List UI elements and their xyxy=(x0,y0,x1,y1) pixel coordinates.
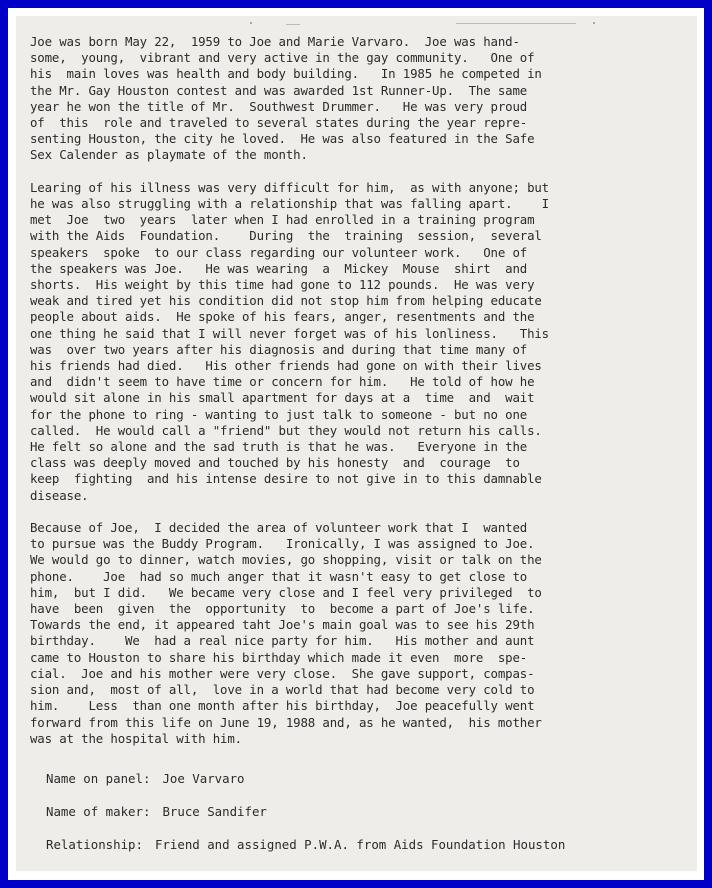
text-line: he was also struggling with a relationsh… xyxy=(30,196,686,212)
text-line: disease. xyxy=(30,488,686,504)
text-line: met Joe two years later when I had enrol… xyxy=(30,212,686,228)
typed-document-page: Joe was born May 22, 1959 to Joe and Mar… xyxy=(16,16,697,871)
field-value: Bruce Sandifer xyxy=(162,804,266,819)
field-label: Relationship: xyxy=(46,837,143,852)
text-line: class was deeply moved and touched by hi… xyxy=(30,455,686,471)
text-line: We would go to dinner, watch movies, go … xyxy=(30,552,686,568)
text-line: keep fighting and his intense desire to … xyxy=(30,471,686,487)
text-line: came to Houston to share his birthday wh… xyxy=(30,650,686,666)
text-line: cial. Joe and his mother were very close… xyxy=(30,666,686,682)
text-line: have been given the opportunity to becom… xyxy=(30,601,686,617)
paragraph: Because of Joe, I decided the area of vo… xyxy=(30,520,686,747)
text-line: was over two years after his diagnosis a… xyxy=(30,342,686,358)
text-line: shorts. His weight by this time had gone… xyxy=(30,277,686,293)
text-line: him. Less than one month after his birth… xyxy=(30,698,686,714)
document-body: Joe was born May 22, 1959 to Joe and Mar… xyxy=(30,34,686,763)
info-field: Relationship:Friend and assigned P.W.A. … xyxy=(46,837,565,870)
field-value: Joe Varvaro xyxy=(162,771,244,786)
text-line: sion and, most of all, love in a world t… xyxy=(30,682,686,698)
text-line: weak and tired yet his condition did not… xyxy=(30,293,686,309)
text-line: with the Aids Foundation. During the tra… xyxy=(30,228,686,244)
text-line: He felt so alone and the sad truth is th… xyxy=(30,439,686,455)
info-field: Name on panel:Joe Varvaro xyxy=(46,771,565,804)
paragraph: Joe was born May 22, 1959 to Joe and Mar… xyxy=(30,34,686,164)
text-line: to pursue was the Buddy Program. Ironica… xyxy=(30,536,686,552)
panel-info: Name on panel:Joe VarvaroName of maker:B… xyxy=(46,771,565,870)
text-line: would sit alone in his small apartment f… xyxy=(30,390,686,406)
text-line: forward from this life on June 19, 1988 … xyxy=(30,715,686,731)
text-line: called. He would call a "friend" but the… xyxy=(30,423,686,439)
text-line: Towards the end, it appeared taht Joe's … xyxy=(30,617,686,633)
text-line: and didn't seem to have time or concern … xyxy=(30,374,686,390)
text-line: year he won the title of Mr. Southwest D… xyxy=(30,99,686,115)
text-line: the Mr. Gay Houston contest and was awar… xyxy=(30,83,686,99)
text-line: phone. Joe had so much anger that it was… xyxy=(30,569,686,585)
field-label: Name of maker: xyxy=(46,804,150,819)
paragraph: Learing of his illness was very difficul… xyxy=(30,180,686,504)
text-line: senting Houston, the city he loved. He w… xyxy=(30,131,686,147)
text-line: his main loves was health and body build… xyxy=(30,66,686,82)
text-line: Learing of his illness was very difficul… xyxy=(30,180,686,196)
text-line: Sex Calender as playmate of the month. xyxy=(30,147,686,163)
text-line: of this role and traveled to several sta… xyxy=(30,115,686,131)
text-line: him, but I did. We became very close and… xyxy=(30,585,686,601)
text-line: Because of Joe, I decided the area of vo… xyxy=(30,520,686,536)
text-line: for the phone to ring - wanting to just … xyxy=(30,407,686,423)
text-line: was at the hospital with him. xyxy=(30,731,686,747)
field-value: Friend and assigned P.W.A. from Aids Fou… xyxy=(155,837,565,852)
text-line: some, young, vibrant and very active in … xyxy=(30,50,686,66)
text-line: people about aids. He spoke of his fears… xyxy=(30,309,686,325)
text-line: his friends had died. His other friends … xyxy=(30,358,686,374)
text-line: Joe was born May 22, 1959 to Joe and Mar… xyxy=(30,34,686,50)
text-line: speakers spoke to our class regarding ou… xyxy=(30,245,686,261)
text-line: the speakers was Joe. He was wearing a M… xyxy=(30,261,686,277)
text-line: birthday. We had a real nice party for h… xyxy=(30,633,686,649)
info-field: Name of maker:Bruce Sandifer xyxy=(46,804,565,837)
text-line: one thing he said that I will never forg… xyxy=(30,326,686,342)
field-label: Name on panel: xyxy=(46,771,150,786)
